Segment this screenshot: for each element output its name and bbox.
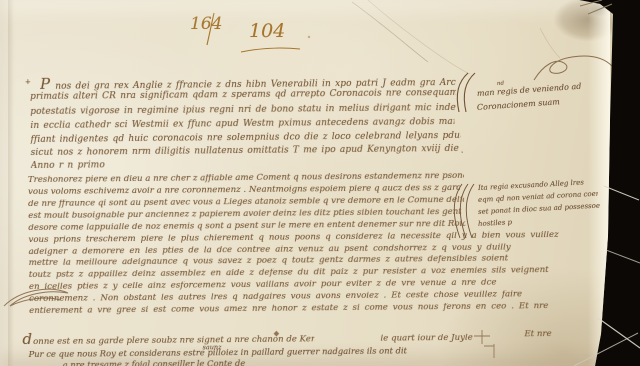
corner-fray-icon [580,0,612,14]
thread-icon [598,318,640,348]
thread-icon [604,186,639,200]
thread-icon [574,333,638,366]
thread-icon [606,250,640,263]
binding-threads [0,0,640,366]
manuscript-scan: 164 104 + P nos dei gra rex Anglie z ffr… [0,0,640,366]
